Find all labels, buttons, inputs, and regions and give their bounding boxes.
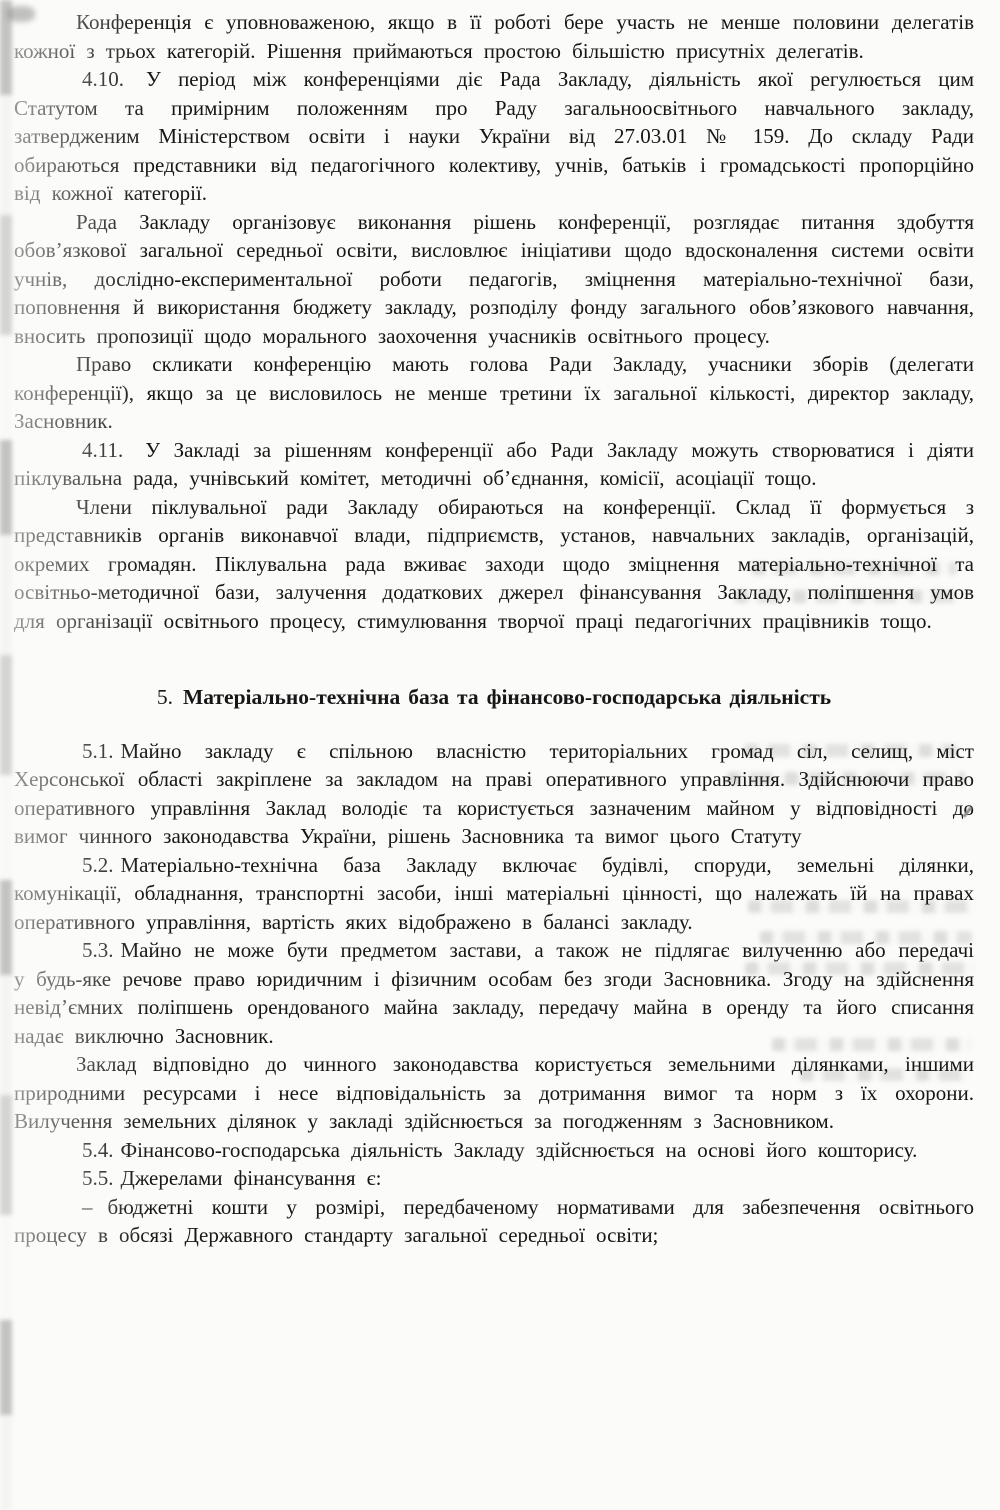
clause-5-1: 5.1.Майно закладу є спільною власністю т…: [14, 737, 974, 851]
clause-number: 4.10.: [82, 67, 124, 91]
section-5-heading: 5.Матеріально-технічна база та фінансово…: [14, 683, 974, 712]
clause-text: Фінансово-господарська діяльність Заклад…: [121, 1138, 918, 1162]
paragraph-conference-quorum: Конференція є уповноваженою, якщо в її р…: [14, 8, 974, 65]
page-text: Конференція є уповноваженою, якщо в її р…: [0, 0, 1000, 1250]
clause-text: Майно закладу є спільною власністю терит…: [14, 739, 974, 849]
clause-5-2: 5.2.Матеріально-технічна база Закладу вк…: [14, 851, 974, 937]
list-item-budget-funds: –бюджетні кошти у розмірі, передбаченому…: [14, 1193, 974, 1250]
list-item-text: бюджетні кошти у розмірі, передбаченому …: [14, 1195, 974, 1248]
paragraph-trustee-board: Члени піклувальної ради Закладу обирають…: [14, 493, 974, 636]
clause-number: 5.2.: [82, 853, 114, 877]
paragraph-convocation-right: Право скликати конференцію мають голова …: [14, 350, 974, 436]
clause-4-10: 4.10.У період між конференціями діє Рада…: [14, 65, 974, 208]
clause-number: 5.3.: [82, 938, 114, 962]
clause-text: Джерелами фінансування є:: [121, 1166, 382, 1190]
paragraph-land-use: Заклад відповідно до чинного законодавст…: [14, 1050, 974, 1136]
dash-marker: –: [82, 1195, 93, 1219]
section-title: Матеріально-технічна база та фінансово-г…: [183, 685, 831, 709]
scan-corner-artifact: [7, 6, 35, 22]
paragraph-rada-functions: Рада Закладу організовує виконання рішен…: [14, 208, 974, 351]
clause-text: У період між конференціями діє Рада Закл…: [14, 67, 974, 205]
clause-4-11: 4.11.У Закладі за рішенням конференції а…: [14, 436, 974, 493]
clause-number: 5.5.: [82, 1166, 114, 1190]
clause-text: Матеріально-технічна база Закладу включа…: [14, 853, 974, 934]
section-number: 5.: [157, 685, 173, 709]
clause-number: 5.4.: [82, 1138, 114, 1162]
clause-text: У Закладі за рішенням конференції або Ра…: [14, 438, 974, 491]
clause-text: Майно не може бути предметом застави, а …: [14, 938, 974, 1048]
clause-5-3: 5.3.Майно не може бути предметом застави…: [14, 936, 974, 1050]
clause-number: 4.11.: [82, 438, 123, 462]
scan-left-edge-artifact: [0, 0, 12, 1510]
clause-5-4: 5.4.Фінансово-господарська діяльність За…: [14, 1136, 974, 1165]
scanned-statute-page: Конференція є уповноваженою, якщо в її р…: [0, 0, 1000, 1510]
clause-number: 5.1.: [82, 739, 114, 763]
clause-5-5: 5.5.Джерелами фінансування є:: [14, 1164, 974, 1193]
